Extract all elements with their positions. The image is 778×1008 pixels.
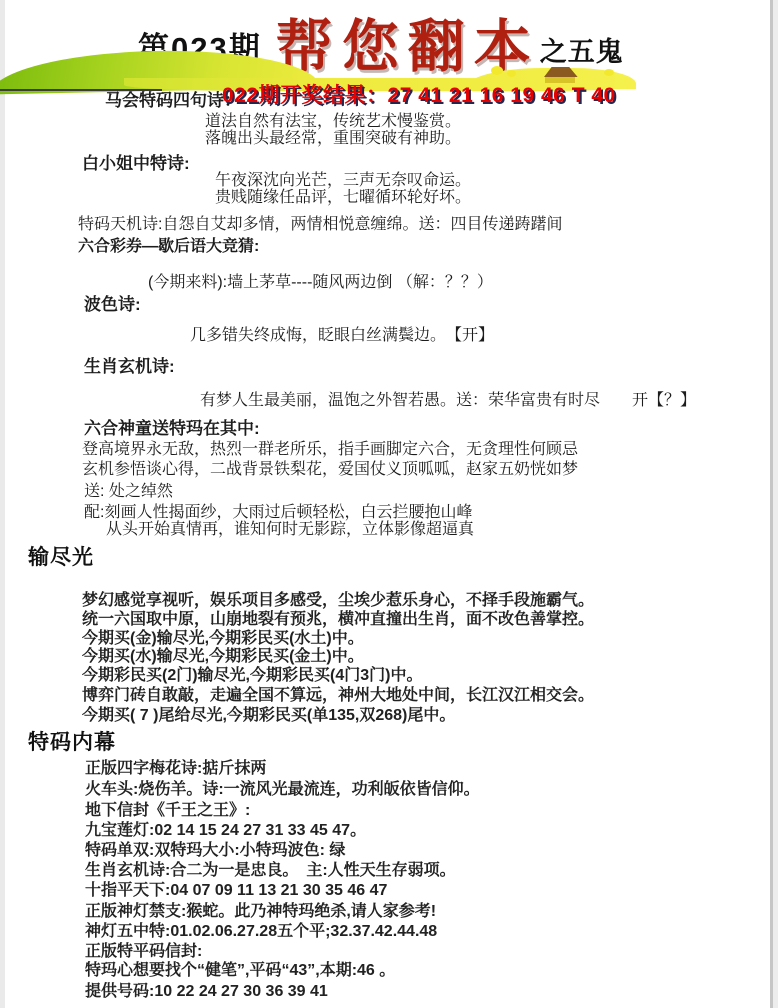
shujinguang-line: 今期彩民买(2门)输尽光,今期彩民买(4门3门)中。 <box>82 667 422 685</box>
lottery-tip-sheet: 第023期 帮您翻本 之五鬼 马会特码四句诗： 022期开奖结果：27 41 2… <box>0 0 778 1008</box>
shujinguang-line: 今期买(金)输尽光,今期彩民买(水土)中。 <box>82 630 364 648</box>
shentong-pei-line: 配:刻画人性揭面纱，大雨过后顿轻松，白云拦腰抱山峰 <box>84 504 472 522</box>
shentong-line: 从头开始真情再，谁知何时无影踪，立体影像超逼真 <box>106 521 474 539</box>
page-edge-left <box>0 0 5 1008</box>
mahui-poem-line: 落魄出头最经常，重围突破有神助。 <box>205 130 461 148</box>
neimu-line: 地下信封《千王之王》: <box>85 802 250 820</box>
baixiaojie-line: 贵贱随缘任品评，七曜循环轮好坏。 <box>215 189 471 207</box>
xiehouyu-title: 六合彩券—歇后语大竞猜: <box>78 238 259 256</box>
baixiaojie-title: 白小姐中特诗: <box>82 155 190 173</box>
neimu-line: 生肖玄机诗:合二为一是忠良。 主:人性天生存弱项。 <box>85 862 456 880</box>
neimu-line: 正版特平码信封: <box>85 943 202 961</box>
baixiaojie-line: 午夜深沈向光芒，三声无奈叹命运。 <box>215 172 471 190</box>
shujinguang-line: 梦幻感觉享视听，娱乐项目多感受，尘埃少惹乐身心，不择手段施霸气。 <box>82 592 594 610</box>
shujinguang-line: 博弈门砖自敢敲，走遍全国不算远，神州大地处中间，长江汉江相交会。 <box>82 687 594 705</box>
neimu-title: 特码内幕 <box>28 734 116 752</box>
shengxiao-line: 有梦人生最美丽，温饱之外智若愚。送：荣华富贵有时尽 开【？】 <box>200 392 696 410</box>
neimu-line: 十指平天下:04 07 09 11 13 21 30 35 46 47 <box>85 882 387 900</box>
neimu-line: 特玛心想要找个“健笔”,平码“43”,本期:46 。 <box>85 962 395 980</box>
bose-line: 几多错失终成悔，眨眼白丝满鬓边。 【开】 <box>190 327 494 345</box>
house-wall-icon <box>545 77 575 83</box>
shentong-song-line: 送: 处之绰然 <box>84 483 173 501</box>
shentong-line: 登高境界永无敌，热烈一群老所乐，指手画脚定六合，无贪理性何顾忌 <box>82 441 578 459</box>
shujinguang-line: 今期买( 7 )尾给尽光,今期彩民买(单135,双268)尾中。 <box>82 707 455 725</box>
shujinguang-line: 统一六国取中原，山崩地裂有预兆，横冲直撞出生肖，面不改色善掌控。 <box>82 611 594 629</box>
tree-dot-icon <box>604 69 614 76</box>
page-edge-right <box>773 0 778 1008</box>
neimu-line: 特码单双:双特玛大小:小特玛波色: 绿 <box>85 842 345 860</box>
neimu-line: 正版四字梅花诗:掂斤抹两 <box>85 760 266 778</box>
neimu-line: 火车头:烧伤羊。诗:一流风光最流连，功利皈依皆信仰。 <box>85 781 480 799</box>
tree-dot-icon <box>507 70 516 77</box>
neimu-line: 九宝莲灯:02 14 15 24 27 31 33 45 47。 <box>85 822 366 840</box>
xiehouyu-line: (今期来料):墙上茅草----随风两边倒 （解：？？） <box>148 274 493 292</box>
tree-dot-icon <box>491 66 503 75</box>
bose-title: 波色诗: <box>84 296 141 314</box>
shujinguang-line: 今期买(水)输尽光,今期彩民买(金土)中。 <box>82 648 364 666</box>
mahui-poem-label: 马会特码四句诗： <box>105 92 241 110</box>
shentong-line: 玄机参悟谈心得，二战背景铁梨花，爱国仗义顶呱呱，赵家五奶恍如梦 <box>82 461 578 479</box>
neimu-line: 正版神灯禁支:猴蛇。此乃神特玛绝杀,请人家参考! <box>85 903 436 921</box>
neimu-line: 神灯五中特:01.02.06.27.28五个平;32.37.42.44.48 <box>85 923 437 941</box>
mahui-poem-line: 道法自然有法宝，传统艺术慢鉴赏。 <box>205 113 461 131</box>
shujinguang-title: 输尽光 <box>28 549 94 567</box>
shentong-title: 六合神童送特玛在其中: <box>84 420 260 438</box>
previous-draw-result: 022期开奖结果：27 41 21 16 19 46 T 40 <box>222 87 616 105</box>
tianji-line: 特码天机诗:自怨自艾却多情，两情相悦意缠绵。送：四目传递踌躇间 <box>78 216 562 234</box>
shengxiao-title: 生肖玄机诗: <box>84 358 175 376</box>
neimu-line: 提供号码:10 22 24 27 30 36 39 41 <box>85 983 328 1001</box>
